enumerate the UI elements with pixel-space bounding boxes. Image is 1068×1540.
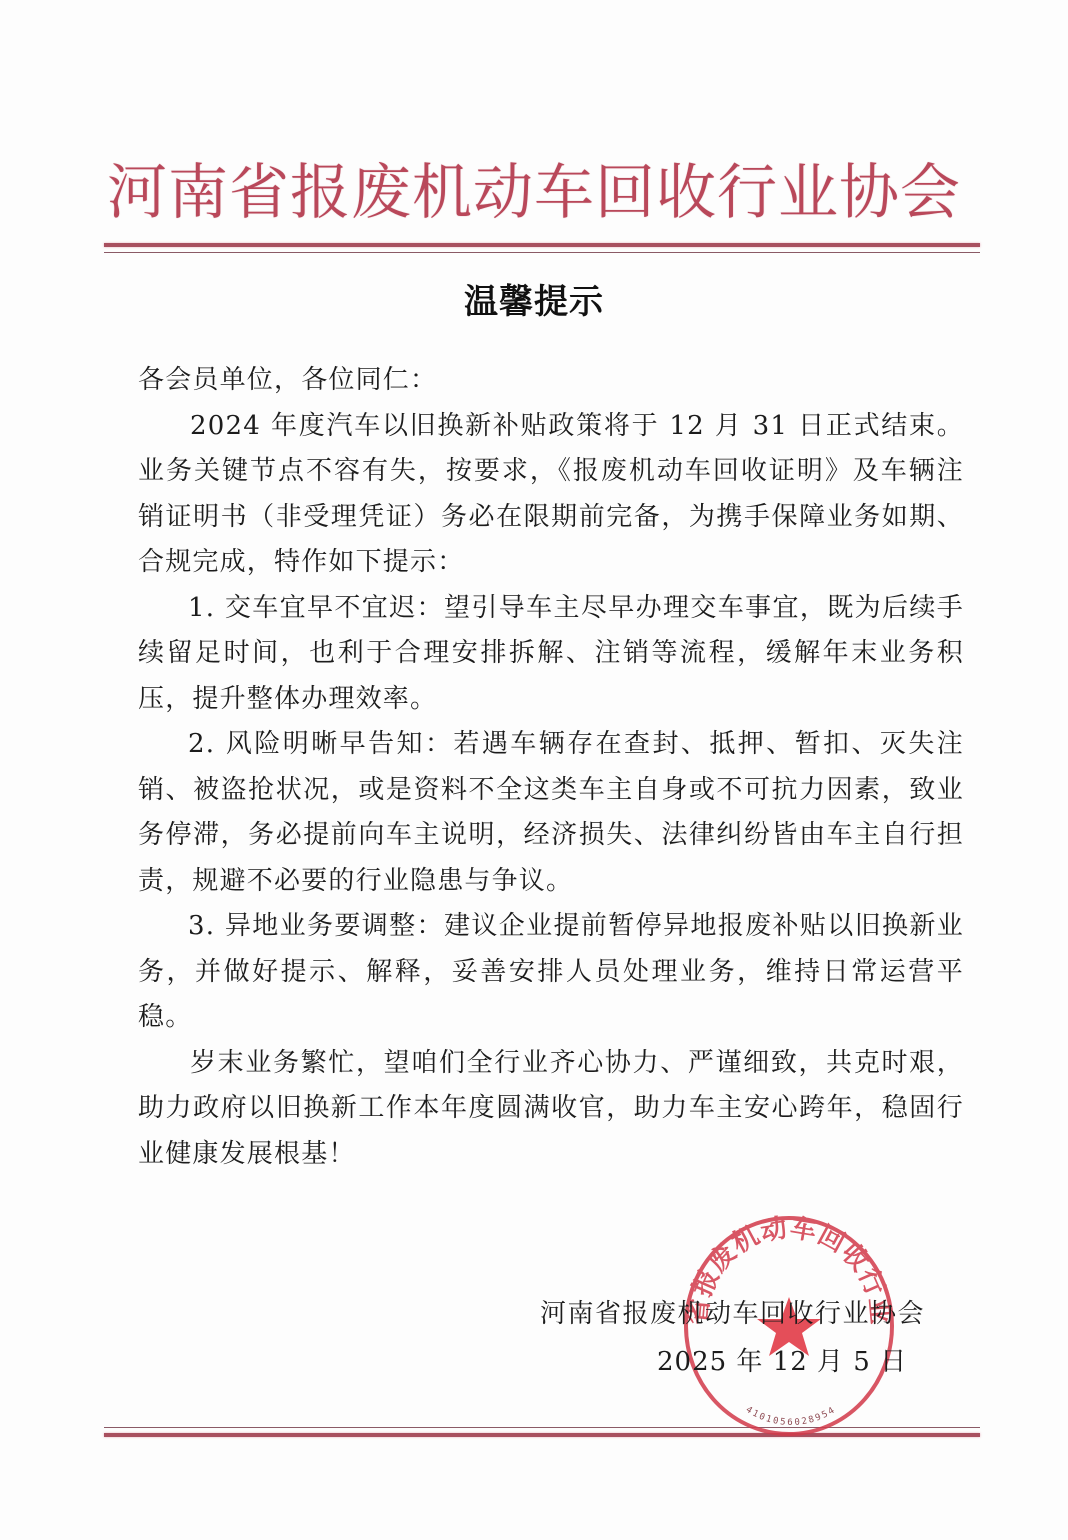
document-page: 河南省报废机动车回收行业协会 温馨提示 各会员单位，各位同仁： 2024 年度汽… — [0, 0, 1068, 1540]
signature-date: 2025 年 12 月 5 日 — [540, 1338, 960, 1386]
divider-thick-line — [104, 243, 980, 247]
salutation: 各会员单位，各位同仁： — [138, 358, 964, 404]
notice-title: 温馨提示 — [0, 282, 1068, 322]
divider-thin-line — [104, 252, 980, 253]
intro-paragraph: 2024 年度汽车以旧换新补贴政策将于 12 月 31 日正式结束。业务关键节点… — [138, 404, 964, 586]
svg-text:4101056028954: 4101056028954 — [744, 1405, 838, 1428]
letterhead-title: 河南省报废机动车回收行业协会 — [100, 158, 968, 228]
signature-block: 河南省报废机动车回收行业协会 2025 年 12 月 5 日 — [540, 1290, 960, 1386]
notice-body: 各会员单位，各位同仁： 2024 年度汽车以旧换新补贴政策将于 12 月 31 … — [138, 358, 964, 1177]
tip-item-3: 3. 异地业务要调整：建议企业提前暂停异地报废补贴以旧换新业务，并做好提示、解释… — [138, 904, 964, 1041]
tip-number: 2. — [188, 729, 215, 759]
letterhead-divider — [104, 243, 980, 253]
tip-heading: 异地业务要调整： — [225, 911, 444, 941]
signature-organization: 河南省报废机动车回收行业协会 — [540, 1290, 960, 1338]
tip-heading: 风险明晰早告知： — [226, 729, 453, 759]
tip-heading: 交车宜早不宜迟： — [225, 593, 444, 623]
closing-paragraph: 岁末业务繁忙，望咱们全行业齐心协力、严谨细致，共克时艰，助力政府以旧换新工作本年… — [138, 1041, 964, 1178]
tip-item-2: 2. 风险明晰早告知：若遇车辆存在查封、抵押、暂扣、灭失注销、被盗抢状况，或是资… — [138, 722, 964, 904]
tip-number: 3. — [188, 911, 215, 941]
tip-number: 1. — [188, 593, 215, 623]
tip-item-1: 1. 交车宜早不宜迟：望引导车主尽早办理交车事宜，既为后续手续留足时间，也利于合… — [138, 586, 964, 723]
